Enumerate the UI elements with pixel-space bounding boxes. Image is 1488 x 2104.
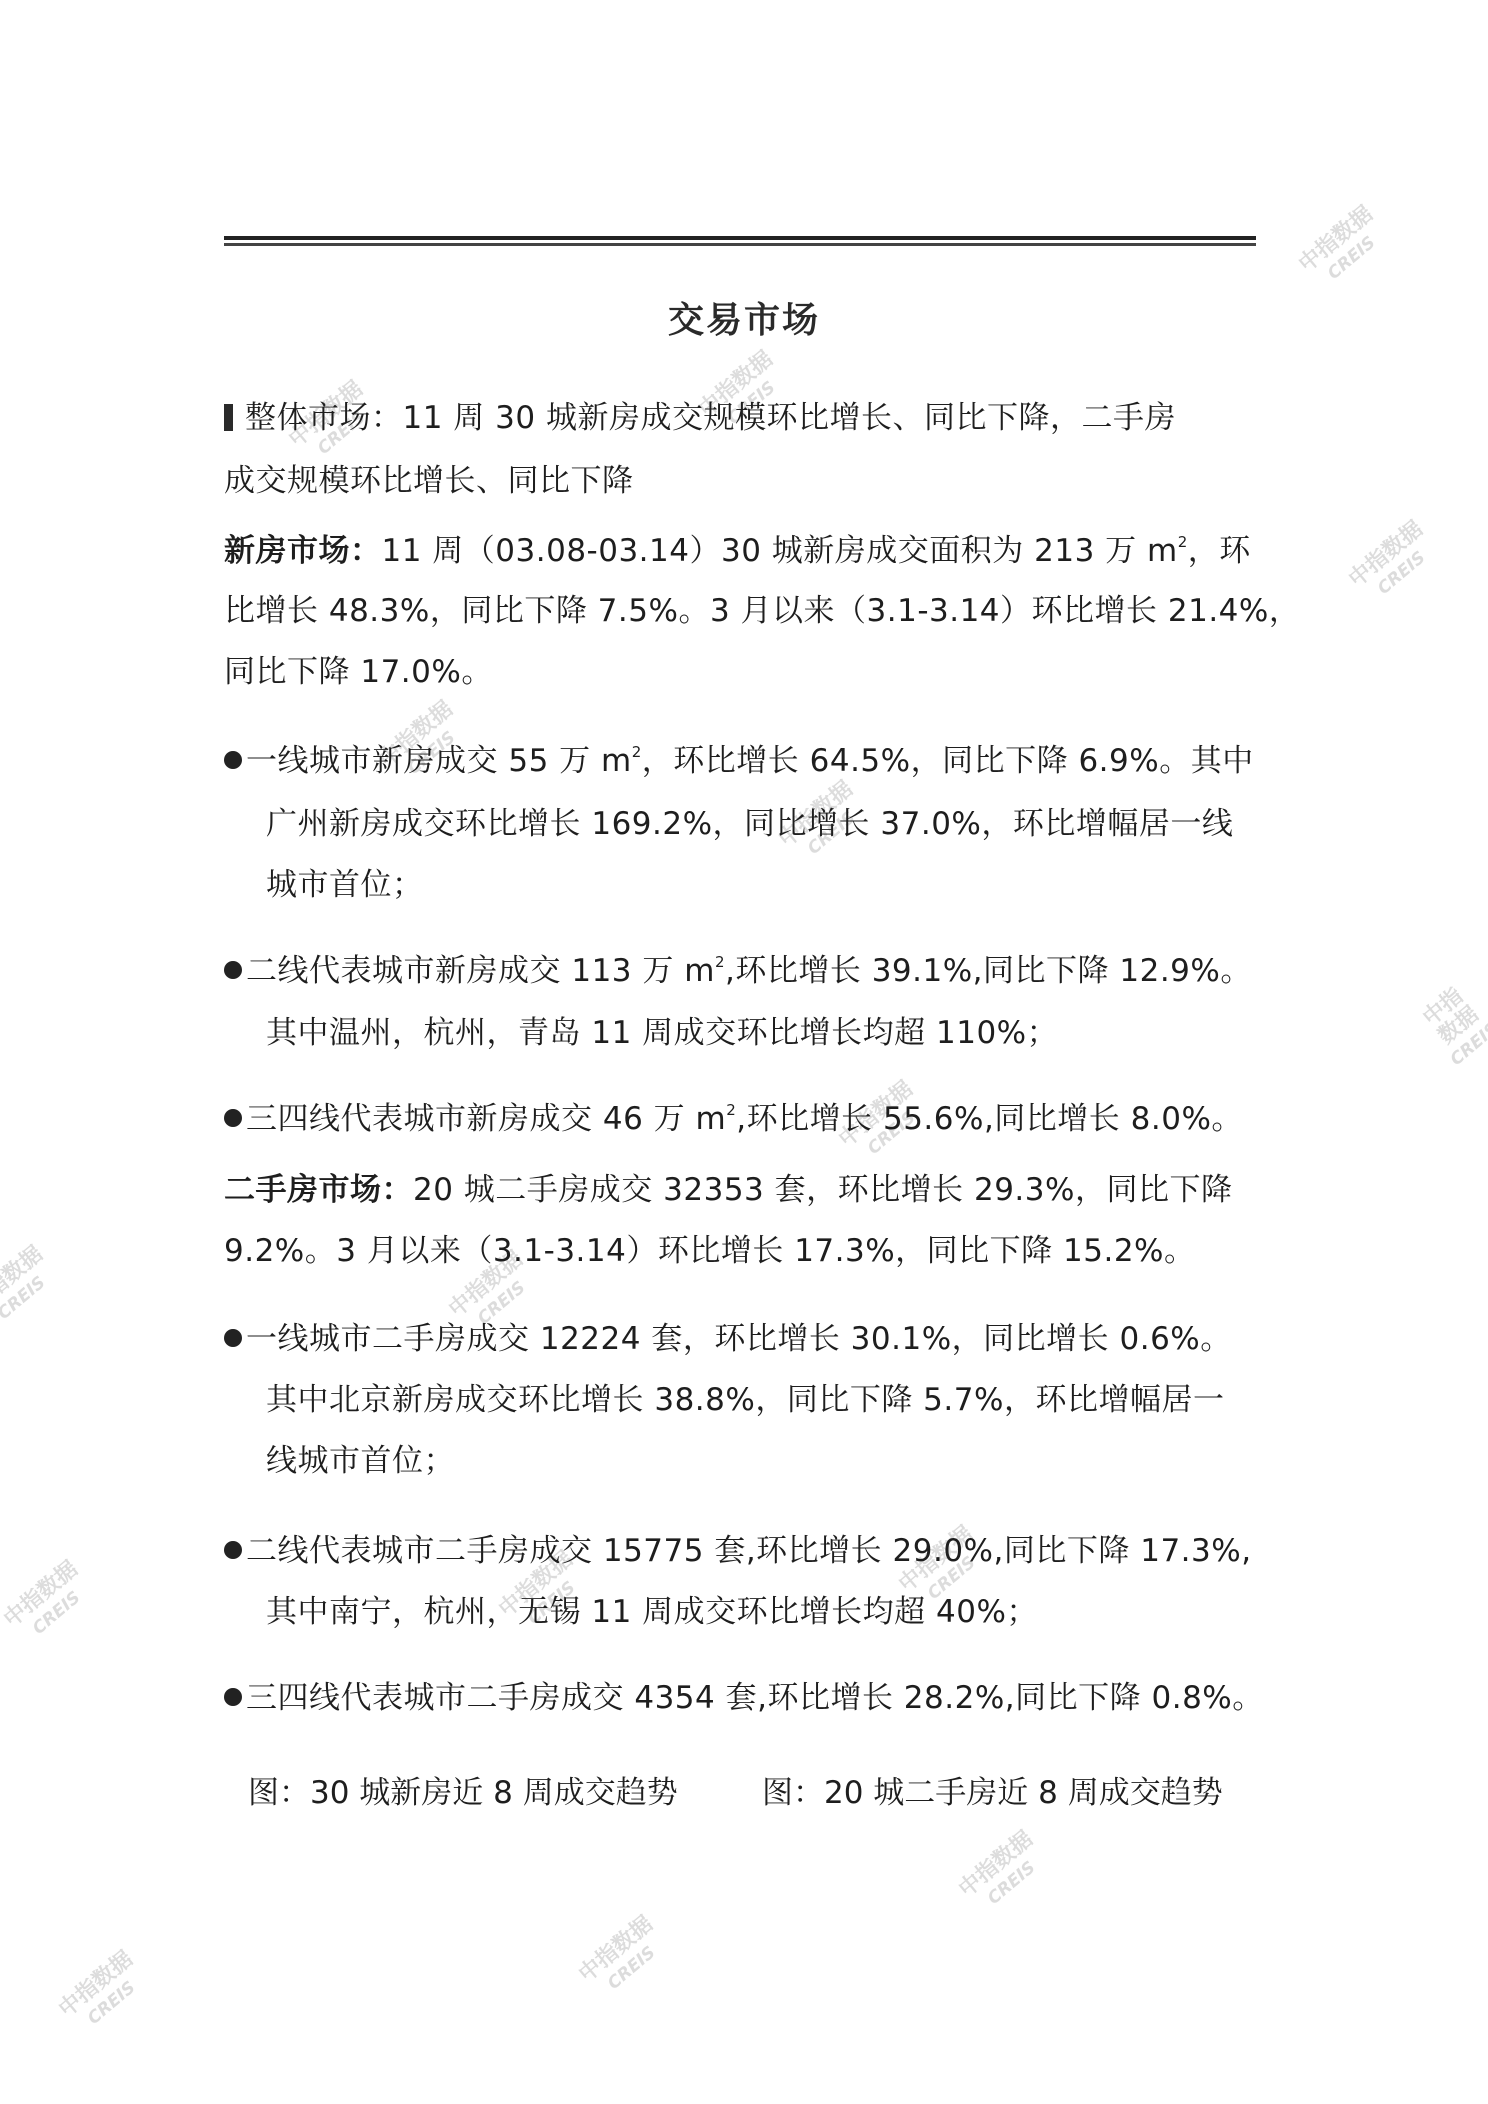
double-rule-divider <box>224 236 1256 246</box>
bullet-icon <box>224 961 242 979</box>
bullet-tier2-new: 二线代表城市新房成交 113 万 m2,环比增长 39.1%,同比下降 12.9… <box>224 945 1252 990</box>
summary-heading-line-2: 成交规模环比增长、同比下降 <box>224 455 634 500</box>
second-hand-para-line-2: 9.2%。3 月以来（3.1-3.14）环比增长 17.3%，同比下降 15.2… <box>224 1225 1196 1270</box>
bullet-tier1-second-line-3: 线城市首位； <box>266 1435 455 1480</box>
bullet-icon <box>224 751 242 769</box>
bullet-icon <box>224 1109 242 1127</box>
second-hand-para-line-1: 二手房市场：20 城二手房成交 32353 套，环比增长 29.3%，同比下降 <box>224 1164 1232 1209</box>
bullet-tier34-new: 三四线代表城市新房成交 46 万 m2,环比增长 55.6%,同比增长 8.0%… <box>224 1093 1243 1138</box>
bullet-tier2-new-line-2: 其中温州，杭州，青岛 11 周成交环比增长均超 110%； <box>266 1007 1058 1052</box>
summary-heading-line-1: 整体市场：11 周 30 城新房成交规模环比增长、同比下降，二手房 <box>224 392 1176 437</box>
watermark: 中指数据CREIS <box>55 1947 153 2040</box>
figure-caption-new-house: 图：30 城新房近 8 周成交趋势 <box>248 1767 678 1812</box>
watermark: 中指数据CREIS <box>575 1912 673 2005</box>
heading-bar-icon <box>224 404 233 431</box>
bullet-tier1-second: 一线城市二手房成交 12224 套，环比增长 30.1%，同比增长 0.6%。 <box>224 1313 1232 1358</box>
bullet-tier2-second-line-2: 其中南宁，杭州，无锡 11 周成交环比增长均超 40%； <box>266 1586 1038 1631</box>
bullet-tier34-second: 三四线代表城市二手房成交 4354 套,环比增长 28.2%,同比下降 0.8%… <box>224 1672 1264 1717</box>
figure-caption-second-hand: 图：20 城二手房近 8 周成交趋势 <box>762 1767 1223 1812</box>
new-house-para-line-2: 比增长 48.3%，同比下降 7.5%。3 月以来（3.1-3.14）环比增长 … <box>224 585 1300 630</box>
watermark: 中指数据CREIS <box>0 1242 63 1335</box>
bullet-tier1-new-line-3: 城市首位； <box>266 859 424 904</box>
watermark: 中指数据CREIS <box>1345 517 1443 610</box>
bullet-icon <box>224 1329 242 1347</box>
bullet-tier1-new: 一线城市新房成交 55 万 m2，环比增长 64.5%，同比下降 6.9%。其中 <box>224 735 1254 780</box>
second-hand-label: 二手房市场： <box>224 1172 413 1208</box>
bullet-tier2-second: 二线代表城市二手房成交 15775 套,环比增长 29.0%,同比下降 17.3… <box>224 1525 1252 1570</box>
page-title: 交易市场 <box>0 292 1488 343</box>
new-house-label: 新房市场： <box>224 533 382 569</box>
bullet-tier1-second-line-2: 其中北京新房成交环比增长 38.8%，同比下降 5.7%，环比增幅居一 <box>266 1374 1224 1419</box>
watermark: 中指数据CREIS <box>1295 202 1393 295</box>
bullet-icon <box>224 1688 242 1706</box>
watermark: 中指数据CREIS <box>955 1827 1053 1920</box>
bullet-tier1-new-line-2: 广州新房成交环比增长 169.2%，同比增长 37.0%，环比增幅居一线 <box>266 798 1233 843</box>
new-house-para-line-1: 新房市场：11 周（03.08-03.14）30 城新房成交面积为 213 万 … <box>224 525 1251 570</box>
new-house-para-line-3: 同比下降 17.0%。 <box>224 646 493 691</box>
watermark: 中指数据CREIS <box>0 1557 98 1650</box>
bullet-icon <box>224 1541 242 1559</box>
watermark: 中指数据CREIS <box>1414 980 1488 1072</box>
